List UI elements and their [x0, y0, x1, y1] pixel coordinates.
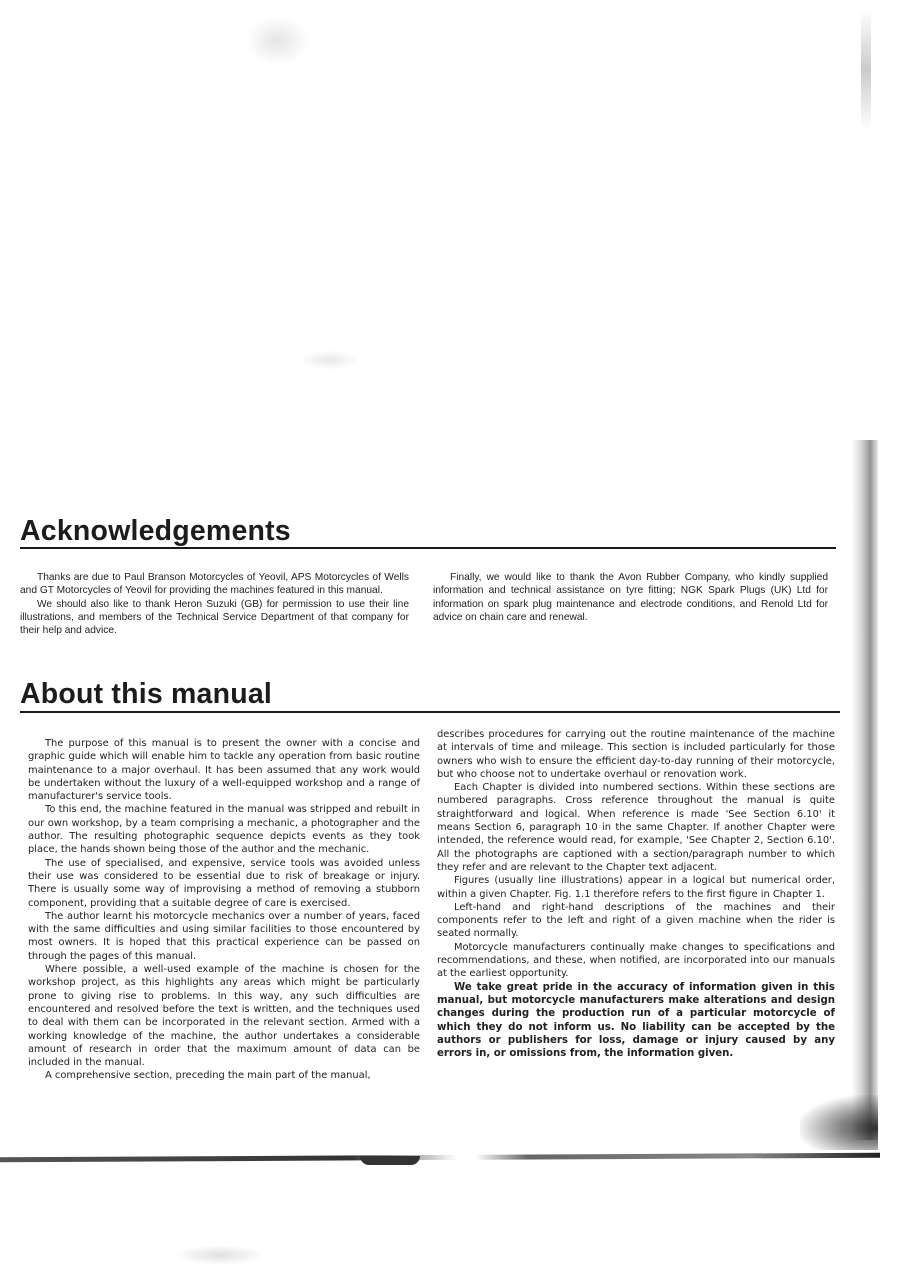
paragraph: The author learnt his motorcycle mechani… — [28, 910, 420, 963]
paragraph: Thanks are due to Paul Branson Motorcycl… — [20, 571, 409, 598]
about-right-column: describes procedures for carrying out th… — [437, 728, 835, 1060]
paragraph-continuation: describes procedures for carrying out th… — [437, 728, 835, 781]
acknowledgements-heading: Acknowledgements — [20, 515, 291, 548]
about-left-column: The purpose of this manual is to present… — [28, 737, 420, 1083]
scan-noise — [175, 1245, 265, 1265]
scan-noise — [300, 350, 360, 370]
paragraph: Where possible, a well-used example of t… — [28, 963, 420, 1069]
paragraph: Motorcycle manufacturers continually mak… — [437, 941, 835, 981]
heading-divider — [20, 711, 840, 713]
page-bottom-edge — [0, 1153, 880, 1163]
about-heading: About this manual — [20, 678, 272, 711]
paragraph: To this end, the machine featured in the… — [28, 803, 420, 856]
acknowledgements-left-column: Thanks are due to Paul Branson Motorcycl… — [20, 571, 409, 637]
paragraph: Figures (usually line illustrations) app… — [437, 874, 835, 901]
paragraph: A comprehensive section, preceding the m… — [28, 1069, 420, 1082]
scan-noise — [360, 1156, 420, 1165]
paragraph: Each Chapter is divided into numbered se… — [437, 781, 835, 874]
paragraph: The use of specialised, and expensive, s… — [28, 857, 420, 910]
scanned-page: Acknowledgements Thanks are due to Paul … — [0, 0, 909, 1286]
scan-edge-shadow — [861, 10, 871, 130]
scan-corner-shadow — [800, 1095, 878, 1150]
paragraph: We should also like to thank Heron Suzuk… — [20, 598, 409, 638]
heading-divider — [20, 547, 836, 549]
acknowledgements-right-column: Finally, we would like to thank the Avon… — [433, 571, 828, 624]
disclaimer-paragraph: We take great pride in the accuracy of i… — [437, 981, 835, 1061]
scan-edge-shadow — [852, 440, 878, 1140]
paragraph: Left-hand and right-hand descriptions of… — [437, 901, 835, 941]
paragraph: The purpose of this manual is to present… — [28, 737, 420, 803]
scan-noise — [245, 16, 310, 66]
paragraph: Finally, we would like to thank the Avon… — [433, 571, 828, 624]
